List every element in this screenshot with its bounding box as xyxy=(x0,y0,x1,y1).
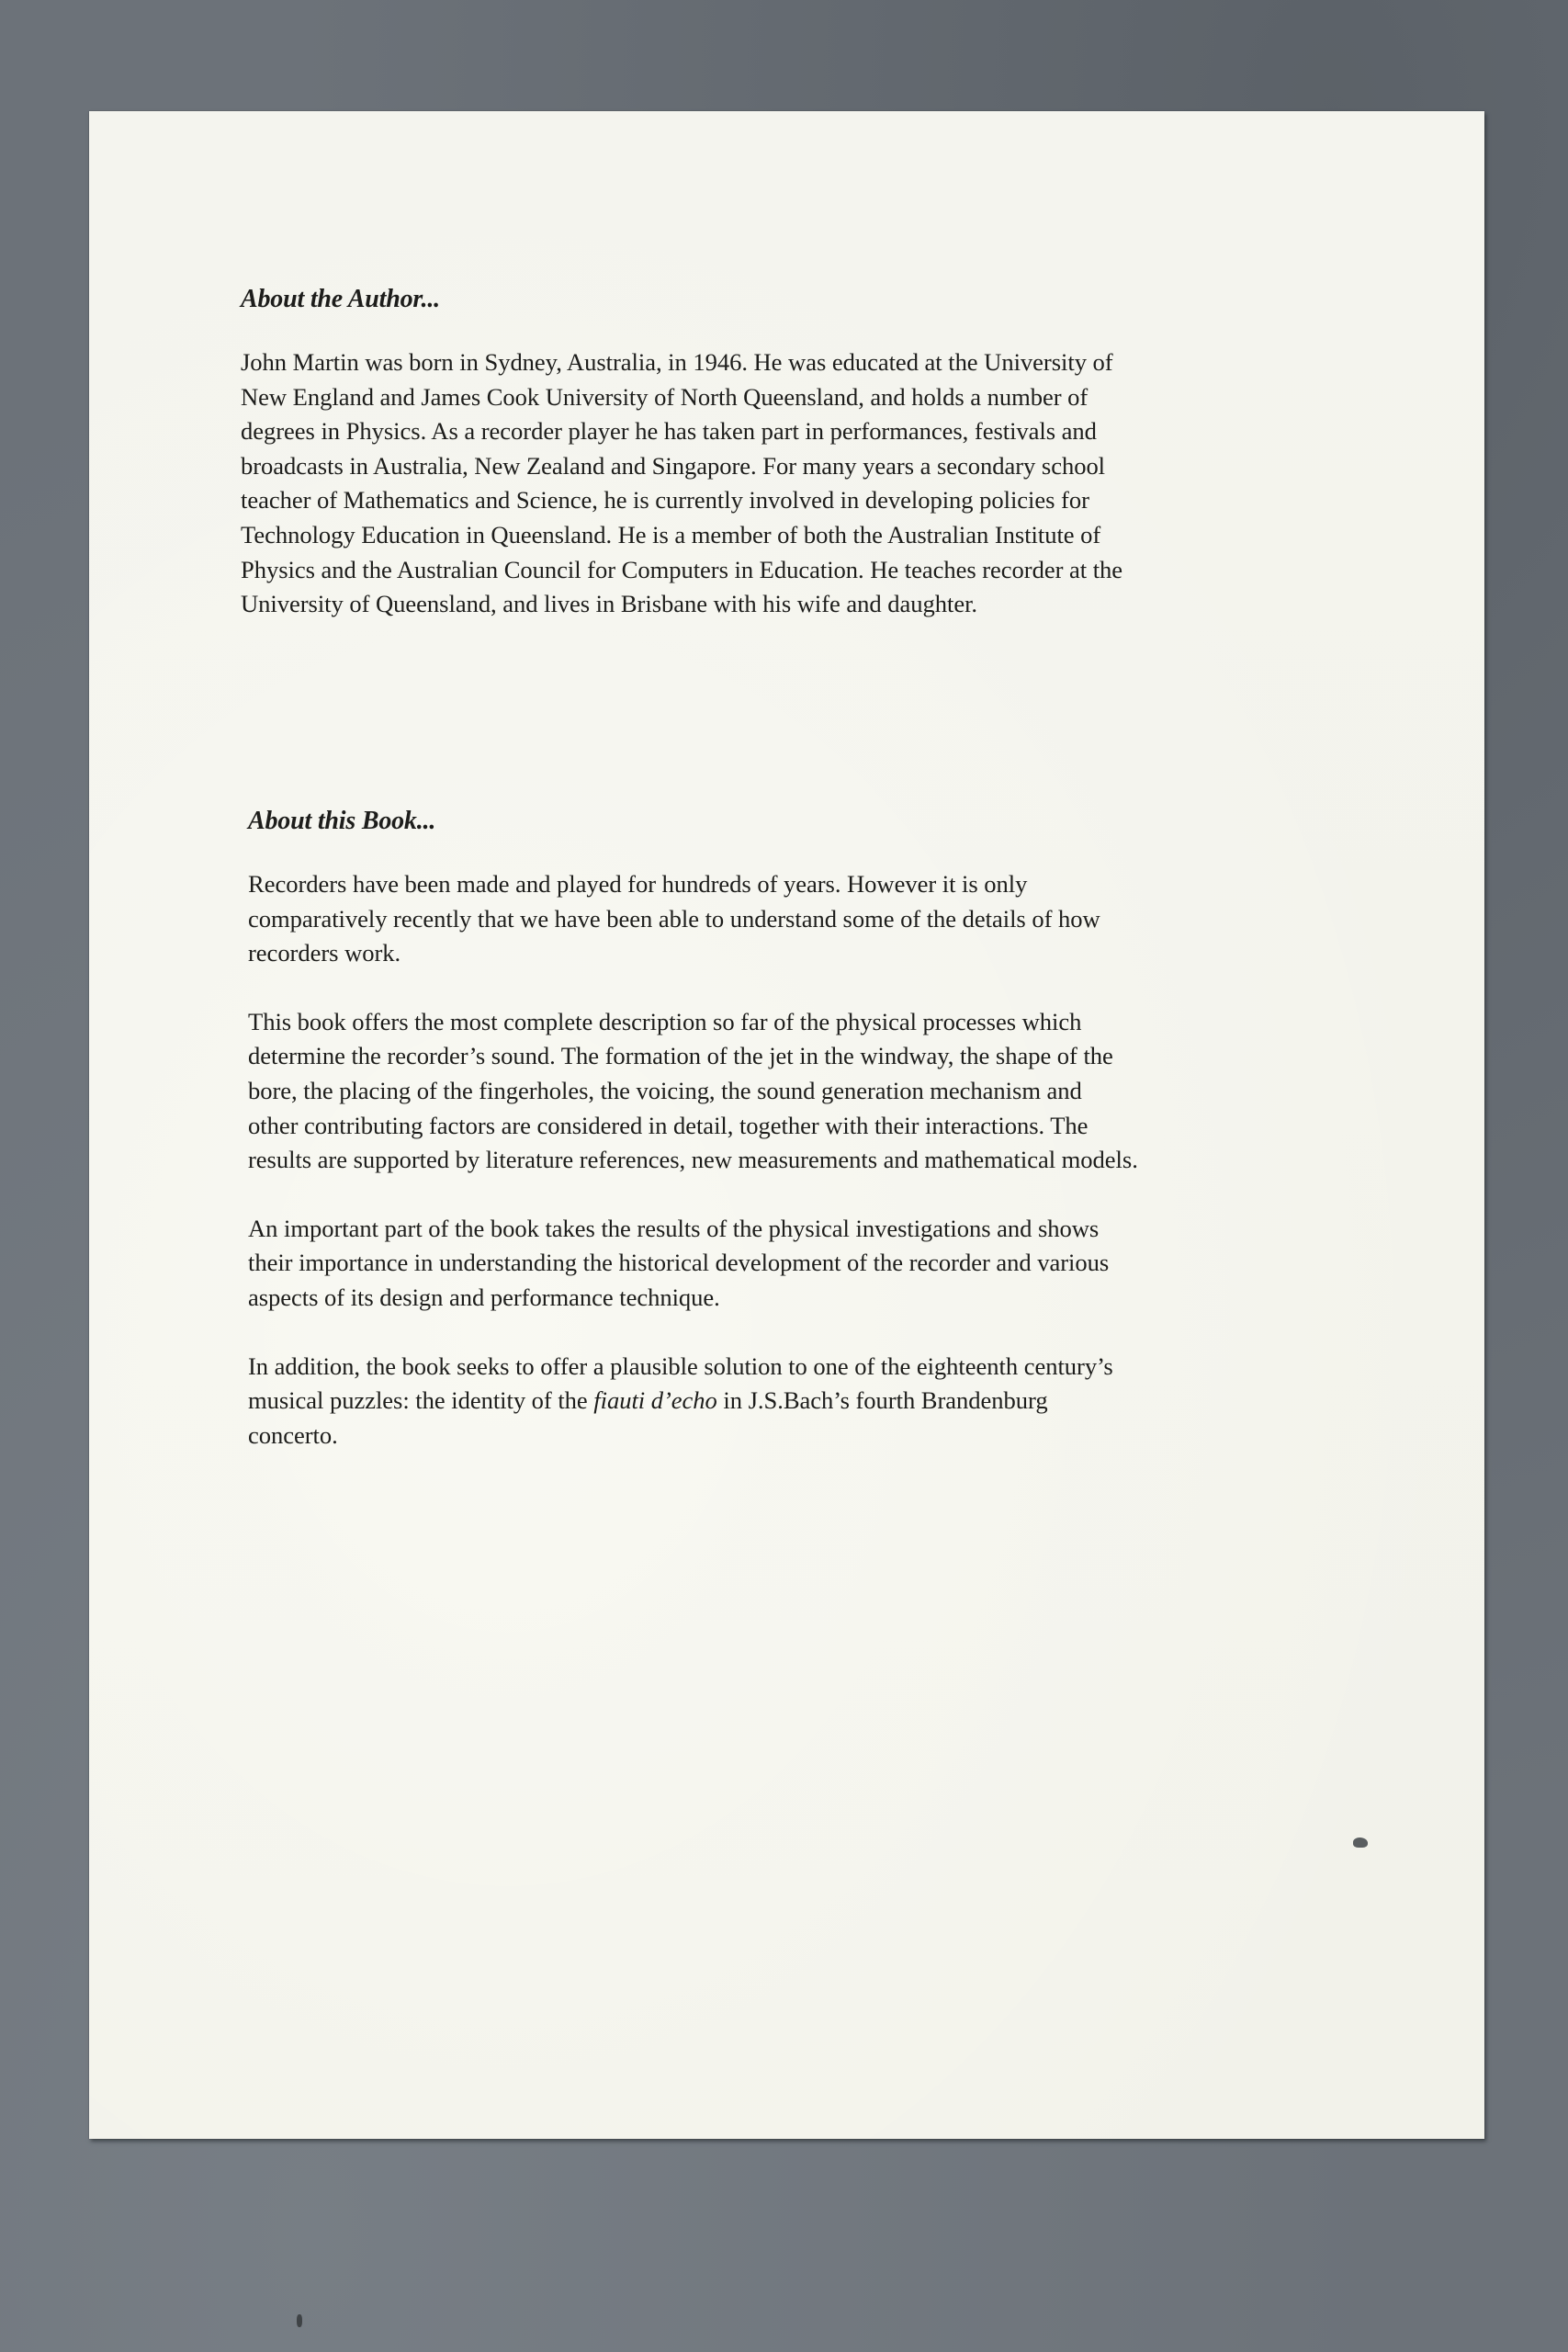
surface-speck-mark xyxy=(297,2314,302,2327)
book-paragraph-bach-puzzle: In addition, the book seeks to offer a p… xyxy=(248,1350,1442,1453)
about-author-section: About the Author... John Martin was born… xyxy=(241,283,1435,622)
book-paragraph-historical-development: An important part of the book takes the … xyxy=(248,1212,1442,1316)
book-paragraph-physics: This book offers the most complete descr… xyxy=(248,1005,1442,1178)
about-book-section: About this Book... Recorders have been m… xyxy=(248,805,1442,1453)
ink-speck-mark xyxy=(1353,1837,1368,1848)
about-book-heading: About this Book... xyxy=(248,805,1442,838)
book-back-cover-page: About the Author... John Martin was born… xyxy=(89,111,1484,2139)
fiauti-decho-term: fiauti d’echo xyxy=(593,1386,717,1414)
book-paragraph-history: Recorders have been made and played for … xyxy=(248,867,1442,971)
about-author-heading: About the Author... xyxy=(241,283,1435,316)
author-bio-paragraph: John Martin was born in Sydney, Australi… xyxy=(241,345,1435,622)
